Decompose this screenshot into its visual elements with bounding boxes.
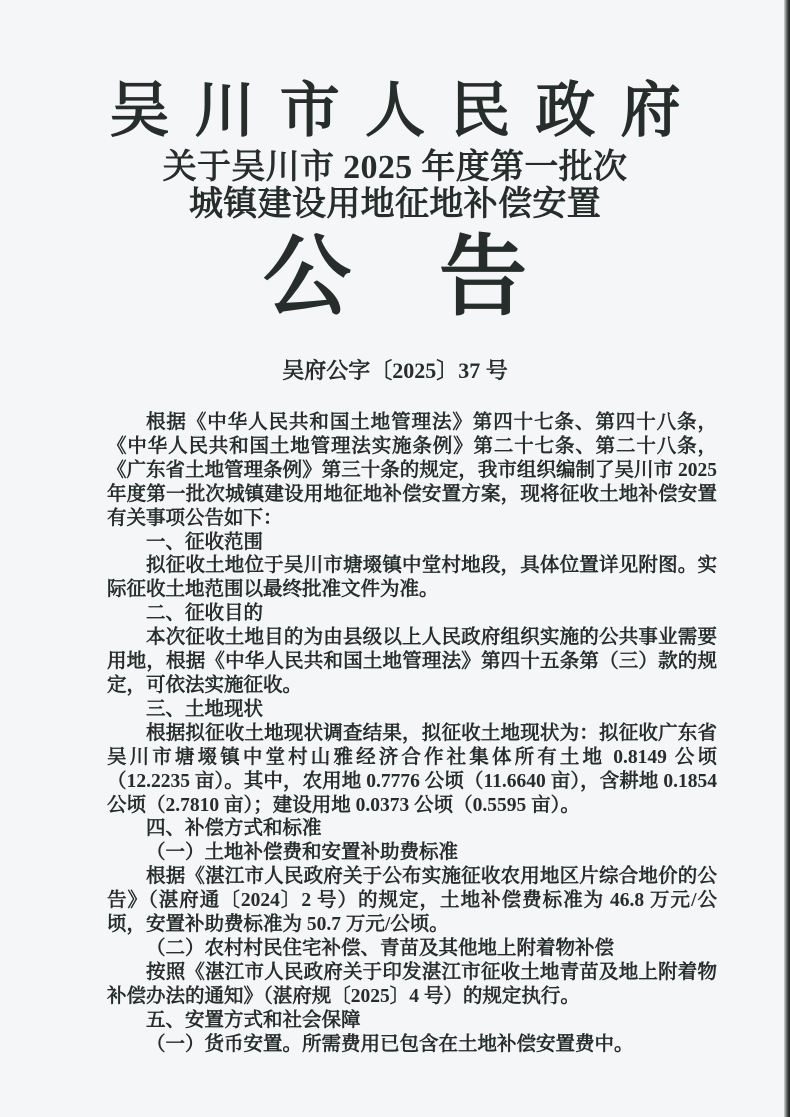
body-paragraph: 按照《湛江市人民政府关于印发湛江市征收土地青苗及地上附着物补偿办法的通知》（湛府…: [107, 961, 717, 1009]
announcement-title-line-1: 关于吴川市 2025 年度第一批次: [0, 149, 790, 186]
document-type-heading: 公 告: [0, 233, 790, 325]
body-paragraph: 本次征收土地目的为由县级以上人民政府组织实施的公共事业需要用地，根据《中华人民共…: [107, 626, 717, 698]
body-paragraph: 根据拟征收土地现状调查结果，拟征收土地现状为：拟征收广东省吴川市塘㙍镇中堂村山雅…: [107, 722, 717, 818]
body-paragraph: 四、补偿方式和标准: [107, 817, 717, 841]
scanned-announcement-page: 吴川市人民政府 关于吴川市 2025 年度第一批次 城镇建设用地征地补偿安置 公…: [0, 0, 790, 1117]
body-paragraph: （一）土地补偿费和安置补助费标准: [107, 841, 717, 865]
body-paragraph: 根据《中华人民共和国土地管理法》第四十七条、第四十八条，《中华人民共和国土地管理…: [107, 411, 717, 531]
body-paragraph: 三、土地现状: [107, 698, 717, 722]
body-paragraph: 根据《湛江市人民政府关于公布实施征收农用地区片综合地价的公告》（湛府通〔2024…: [107, 865, 717, 937]
announcement-body: 根据《中华人民共和国土地管理法》第四十七条、第四十八条，《中华人民共和国土地管理…: [0, 411, 790, 1056]
scan-edge-shadow: [784, 0, 790, 1117]
body-paragraph: 拟征收土地位于吴川市塘㙍镇中堂村地段，具体位置详见附图。实际征收土地范围以最终批…: [107, 554, 717, 602]
document-reference-number: 吴府公字〔2025〕37 号: [0, 358, 790, 384]
body-paragraph: 五、安置方式和社会保障: [107, 1009, 717, 1033]
issuing-organization-title: 吴川市人民政府: [0, 76, 790, 146]
body-paragraph: 一、征收范围: [107, 531, 717, 555]
body-paragraph: （二）农村村民住宅补偿、青苗及其他地上附着物补偿: [107, 937, 717, 961]
body-paragraph: 二、征收目的: [107, 602, 717, 626]
document-header: 吴川市人民政府 关于吴川市 2025 年度第一批次 城镇建设用地征地补偿安置 公…: [0, 0, 790, 384]
body-paragraph: （一）货币安置。所需费用已包含在土地补偿安置费中。: [107, 1033, 717, 1057]
announcement-title-line-2: 城镇建设用地征地补偿安置: [0, 186, 790, 223]
